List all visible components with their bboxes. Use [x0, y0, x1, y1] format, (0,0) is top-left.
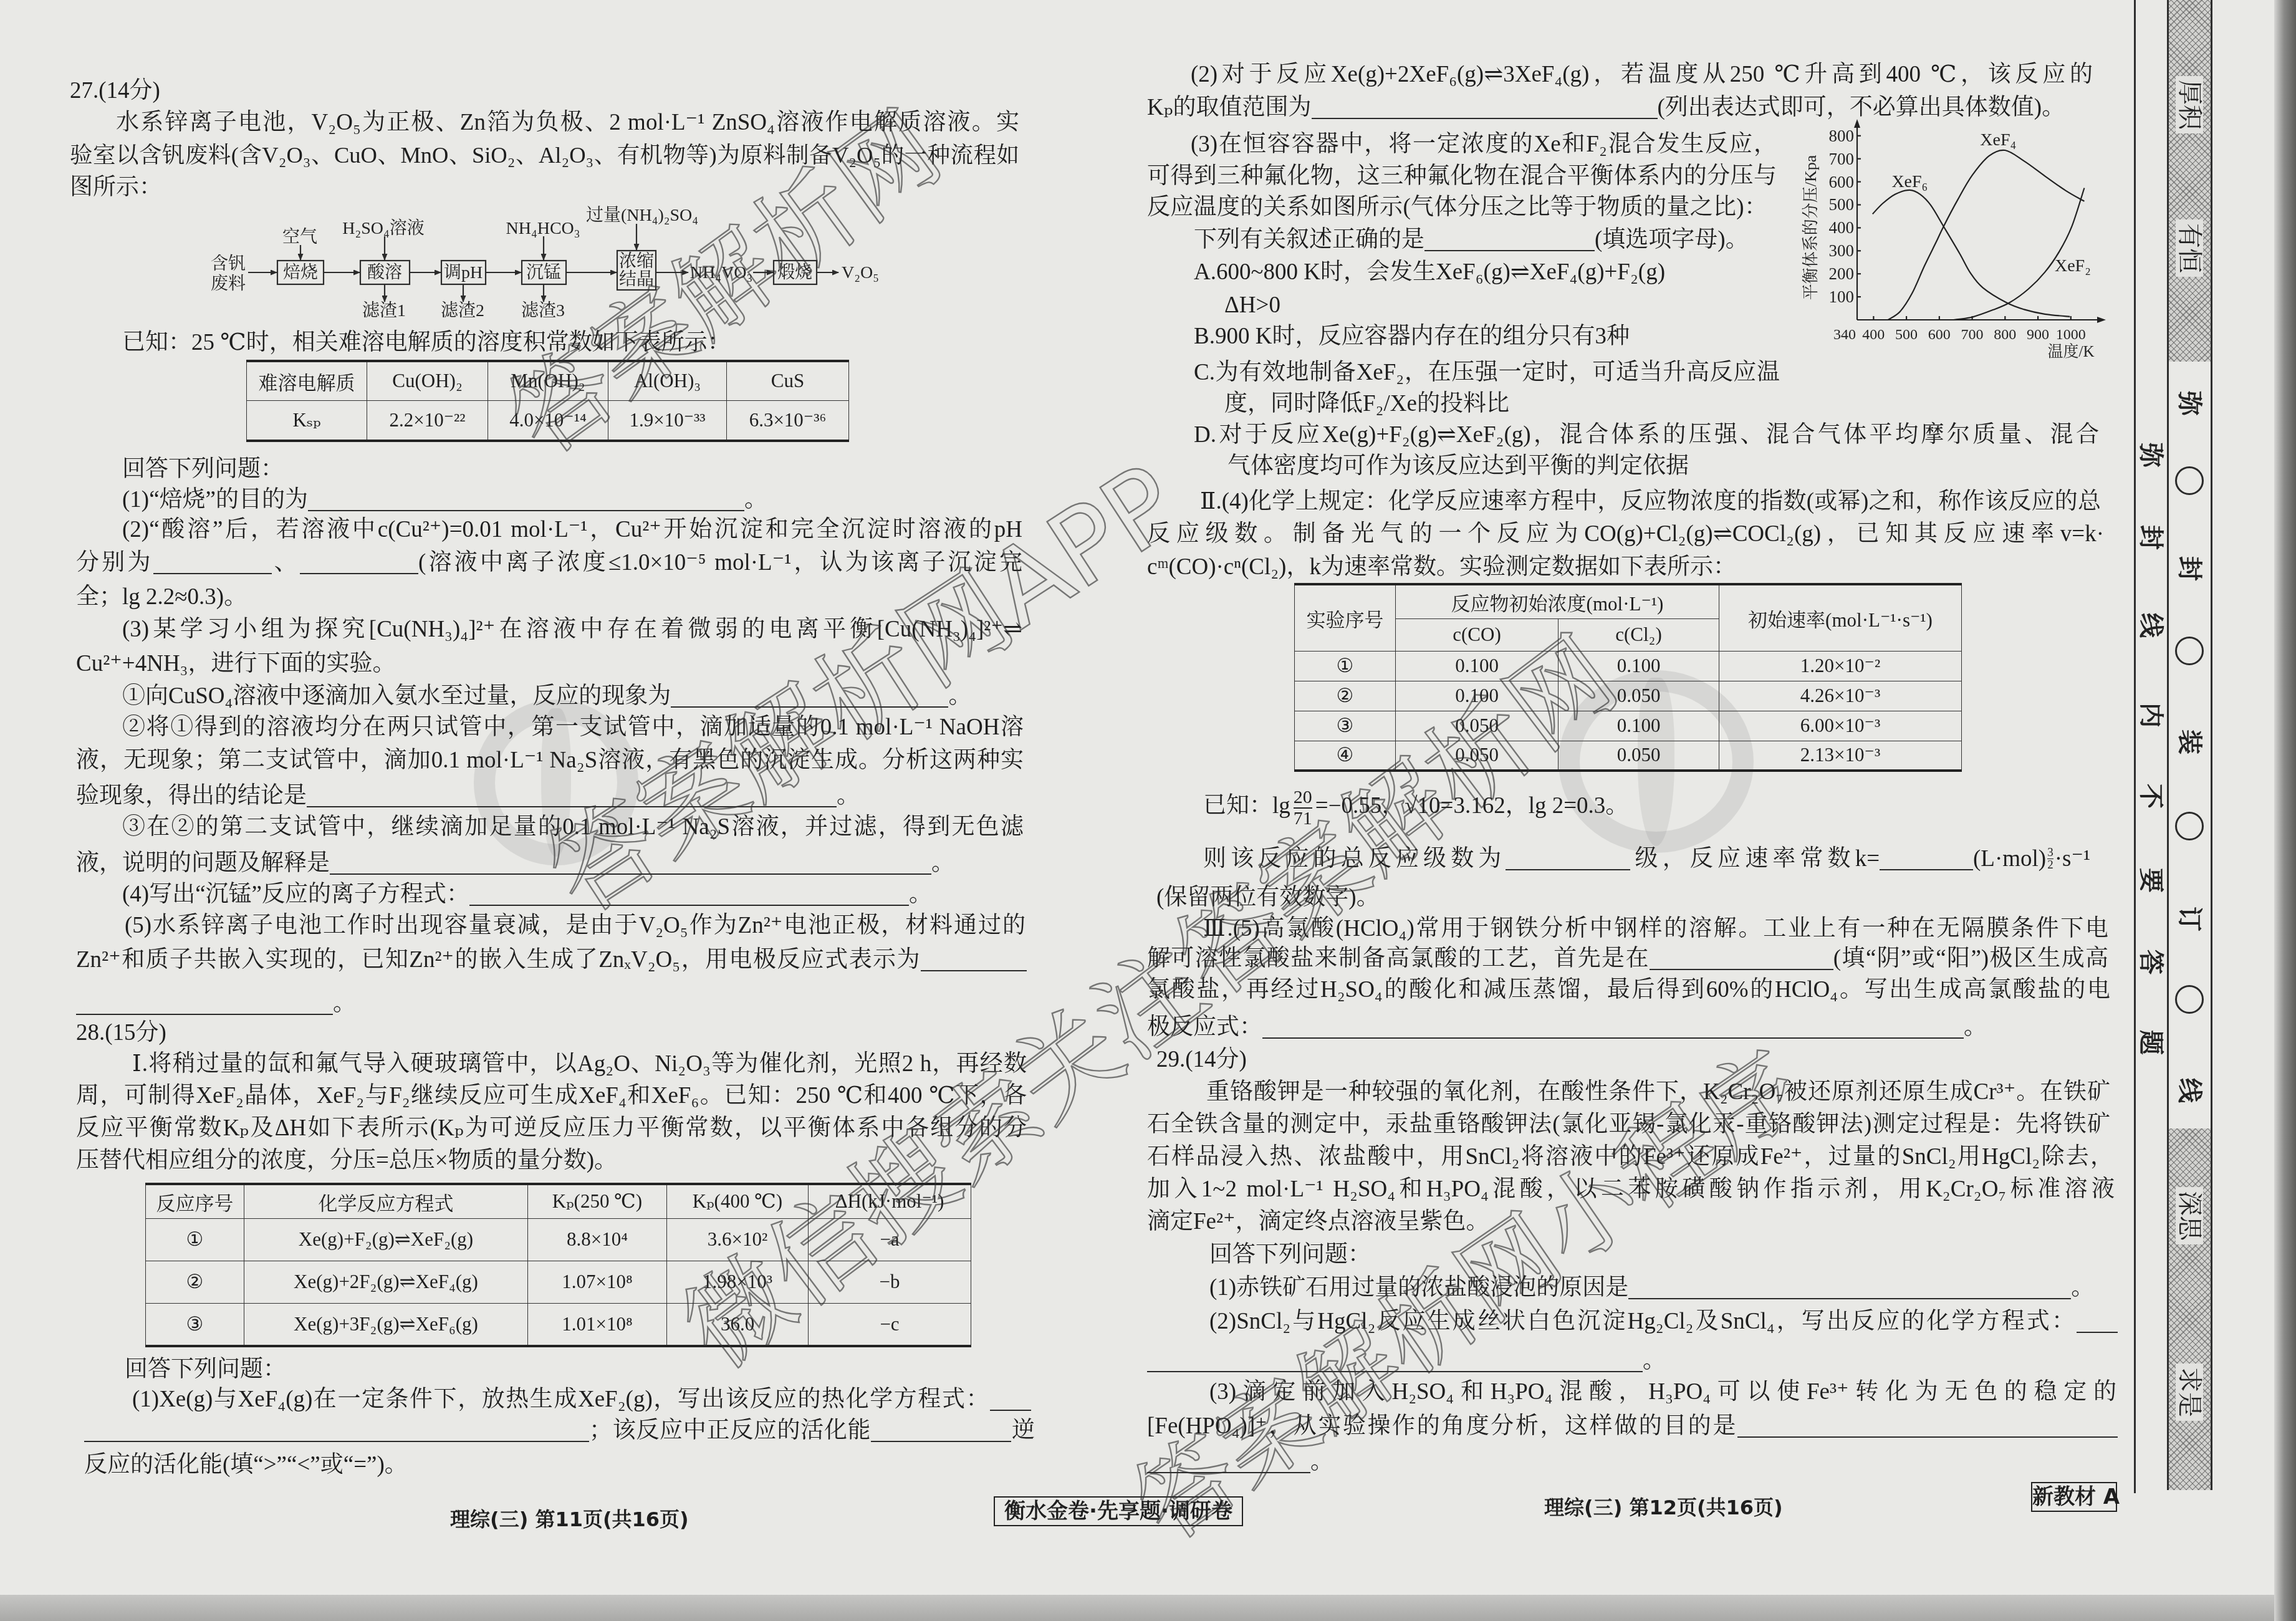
margin-rule: [2211, 0, 2212, 1490]
residue-label: 滤渣1: [362, 301, 406, 320]
q29-intro-line: 滴定Fe²⁺，滴定终点溶液呈紫色。: [1147, 1206, 1489, 1238]
table-header: 实验序号: [1295, 584, 1396, 651]
page-footer-left: 理综(三) 第11页(共16页): [450, 1506, 689, 1533]
step-label: 焙烧: [283, 262, 318, 282]
question-text: 。: [837, 783, 860, 809]
table-cell: 1.01×10⁸: [528, 1303, 667, 1346]
answer-blank: [76, 995, 333, 1015]
question-text: 。: [744, 487, 767, 512]
scan-bottom-edge: [0, 1595, 2296, 1621]
partial-pressure-chart: 1002003004005006007008004005006007008009…: [1795, 118, 2120, 365]
hatched-band-top: [2168, 0, 2211, 362]
answer-blank: [2077, 1313, 2118, 1333]
notice-char: 要: [2137, 868, 2164, 893]
margin-rule: [2134, 0, 2136, 1493]
table-header: CuS: [727, 361, 849, 400]
series-label: XeF₄: [1980, 130, 2016, 150]
question-text: 。: [1964, 1014, 1987, 1040]
x-origin-label: 340: [1833, 327, 1856, 343]
notice-char: 答: [2137, 950, 2164, 974]
question-text: 。: [1643, 1348, 1666, 1373]
question-text: 。: [2071, 1275, 2094, 1301]
motto-text: 有恒: [2176, 219, 2203, 277]
circle-mark: [2175, 812, 2204, 840]
q28-sub4-line: cᵐ(CO)·cⁿ(Cl₂)，k为速率常数。实验测定数据如下表所示：: [1147, 552, 1736, 583]
y-tick-label: 400: [1829, 218, 1855, 237]
step-label: 调pH: [444, 263, 483, 282]
question-text: (列出表达式即可，不必算出具体数值)。: [1658, 95, 2065, 120]
seal-line-char: 订: [2176, 907, 2203, 931]
table-header: 化学反应方程式: [244, 1184, 528, 1218]
option-c: C.为有效地制备XeF₂，在压强一定时，可适当升高反应温: [1194, 357, 1780, 388]
question-text: (1)“焙烧”的目的为: [122, 487, 308, 512]
answer-blank: [1262, 1019, 1964, 1039]
q28-sub4-line: Ⅱ.(4)化学上规定：化学反应速率方程中，反应物浓度的指数(或幂)之和，称作该反…: [1200, 486, 2101, 517]
table-row: ① 0.100 0.100 1.20×10⁻²: [1295, 651, 1962, 681]
option-d: 气体密度均可作为该反应达到平衡的判定依据: [1227, 451, 1689, 482]
motto-text: 求是: [2176, 1364, 2203, 1421]
table-cell: 2.13×10⁻³: [1719, 741, 1962, 771]
table-cell: 6.00×10⁻³: [1719, 711, 1962, 741]
page-footer-right: 理综(三) 第12页(共16页): [1544, 1494, 1783, 1521]
table-cell: Xe(g)+3F₂(g)⇌XeF₆(g): [244, 1303, 528, 1346]
unit-text: (L·mol): [1973, 846, 2046, 872]
answer-blank: [1628, 1279, 2071, 1299]
answer-blank: [921, 951, 1027, 971]
question-text: 。: [333, 991, 356, 1016]
answer-prompt: 回答下列问题：: [1209, 1239, 1371, 1271]
q27-sub4: (4)写出“沉锰”反应的离子方程式：。: [122, 879, 932, 910]
q27-sub5-line: Zn²⁺和质子共嵌入实现的，已知Zn²⁺的嵌入生成了ZnₓV₂O₅，用电极反应式…: [76, 945, 1027, 976]
reagent-label: 过量(NH₄)₂SO₄: [586, 205, 698, 225]
q27-sub5-line: (5)水系锌离子电池工作时出现容量衰减，是由于V₂O₅作为Zn²⁺电池正极，材料…: [125, 910, 1026, 941]
x-axis-arrow-icon: [2097, 317, 2106, 323]
table-row: ③ Xe(g)+3F₂(g)⇌XeF₆(g) 1.01×10⁸ 36.0 −c: [146, 1303, 971, 1346]
table-cell: Kₛₚ: [247, 400, 367, 441]
q27-intro-line: 图所示：: [70, 172, 162, 203]
table-header: 初始速率(mol·L⁻¹·s⁻¹): [1719, 584, 1962, 651]
question-text: (1)Xe(g)与XeF₄(g)在一定条件下，放热生成XeF₂(g)，写出该反应…: [132, 1387, 990, 1412]
question-text: 。: [909, 882, 932, 907]
residue-label: 滤渣2: [441, 301, 484, 320]
seal-line-char: 装: [2176, 729, 2203, 754]
table-cell: 2.2×10⁻²²: [367, 400, 488, 441]
answer-blank: [871, 1422, 1011, 1442]
q28-sub5-line: 氯酸盐，再经过H₂SO₄的酸化和减压蒸馏，最后得到60%的HClO₄。写出生成高…: [1147, 974, 2110, 1006]
x-tick-label: 600: [1928, 327, 1951, 343]
answer-blank: [1312, 99, 1658, 119]
x-tick-label: 900: [2027, 327, 2049, 343]
question-text: Zn²⁺和质子共嵌入实现的，已知Zn²⁺的嵌入生成了ZnₓV₂O₅，用电极反应式…: [76, 947, 921, 973]
table-header-row: 实验序号 反应物初始浓度(mol·L⁻¹) 初始速率(mol·L⁻¹·s⁻¹): [1295, 584, 1962, 618]
answer-blank: [1650, 950, 1833, 970]
step-label: 酸溶: [367, 262, 402, 282]
answer-blank: [84, 1422, 589, 1442]
question-text: (填选项字母)。: [1595, 227, 1749, 253]
series-label: XeF₆: [1891, 172, 1928, 191]
question-text: 液，说明的问题及解释是: [76, 850, 330, 876]
question-text: 下列有关叙述正确的是: [1194, 227, 1424, 253]
hatched-band-bottom: [2168, 1128, 2211, 1490]
circle-mark: [2175, 466, 2204, 495]
y-tick-label: 700: [1829, 150, 1855, 168]
residue-label: 滤渣3: [521, 301, 565, 320]
q28-title: 28.(15分): [76, 1017, 166, 1049]
table-cell: 1.20×10⁻²: [1719, 651, 1962, 681]
y-axis-title: 平衡体系的分压/Kpa: [1802, 155, 1820, 300]
fraction-numerator: 20: [1294, 787, 1312, 809]
x-tick-label: 800: [1994, 327, 2016, 343]
exam-paper-scan: 27.(14分) 水系锌离子电池，V₂O₅为正极、Zn箔为负极、2 mol·L⁻…: [0, 0, 2296, 1621]
notice-char: 弥: [2137, 443, 2164, 468]
seal-line-char: 线: [2176, 1078, 2203, 1103]
y-tick-label: 300: [1829, 241, 1855, 260]
unit-text: ·s⁻¹: [2055, 846, 2090, 872]
q27-sub2-line: (2)“酸溶”后，若溶液中c(Cu²⁺)=0.01 mol·L⁻¹，Cu²⁺开始…: [122, 514, 1022, 546]
circle-mark: [2175, 637, 2204, 665]
question-text: ；该反应中正反应的活化能: [589, 1418, 871, 1443]
x-tick-label: 400: [1862, 327, 1885, 343]
table-cell: ①: [146, 1218, 244, 1261]
answer-blank: [1880, 850, 1973, 870]
answer-blank: [300, 554, 418, 574]
notice-char: 内: [2137, 703, 2164, 728]
table-cell: Xe(g)+F₂(g)⇌XeF₂(g): [244, 1218, 528, 1261]
option-b: B.900 K时，反应容器内存在的组分只有3种: [1194, 321, 1630, 352]
question-text: 。: [931, 850, 954, 876]
answer-blank: [1737, 1418, 2118, 1438]
reagent-label: H₂SO₄溶液: [342, 218, 425, 238]
option-a: ΔH>0: [1224, 290, 1280, 321]
q29-sub1: (1)赤铁矿石用过量的浓盐酸浸泡的原因是。: [1209, 1272, 2094, 1304]
raw-material-label: 含钒: [211, 254, 246, 274]
y-axis-arrow-icon: [1854, 119, 1860, 128]
y-tick-label: 100: [1829, 287, 1855, 306]
y-tick-label: 500: [1829, 195, 1855, 214]
exponent-denominator: 2: [2047, 859, 2053, 871]
q27-title: 27.(14分): [70, 75, 160, 107]
reagent-label: NH₄HCO₃: [506, 219, 580, 238]
q27-sub3-line: Cu²⁺+4NH₃，进行下面的实验。: [76, 648, 396, 680]
margin-rule: [2167, 0, 2169, 1490]
series-curve: [1873, 190, 2070, 317]
table-cell: ②: [146, 1261, 244, 1303]
edition-badge: 新教材 A: [2031, 1482, 2117, 1512]
answer-blank: [308, 491, 744, 511]
y-tick-label: 600: [1829, 173, 1855, 191]
question-text: 已知：lg: [1203, 793, 1290, 819]
table-cell: 1.07×10⁸: [528, 1261, 667, 1303]
question-text: 、: [272, 550, 300, 575]
y-tick-label: 200: [1829, 264, 1855, 283]
q28-sub3-line: 可得到三种氟化物，这三种氟化物在混合平衡体系内的分压与: [1147, 161, 1777, 192]
q27-sub1: (1)“焙烧”的目的为。: [122, 484, 767, 516]
question-text: (填“阴”或“阳”)极区生成高: [1833, 946, 2108, 971]
answer-prompt: 回答下列问题：: [122, 454, 284, 485]
table-cell: ①: [1295, 651, 1396, 681]
step-label: 沉锰: [526, 262, 561, 282]
q28-sub3-line: (3)在恒容容器中，将一定浓度的Xe和F₂混合发生反应，: [1191, 129, 1777, 160]
series-label: XeF₂: [2055, 256, 2091, 276]
seal-line-char: 封: [2176, 556, 2203, 581]
q27-sub5-line: 。: [76, 988, 356, 1019]
question-text: Kₚ的取值范围为: [1147, 95, 1312, 120]
table-header: Kₚ(250 ℃): [528, 1184, 667, 1218]
q28-sub1-line: 反应的活化能(填“>”“<”或“=”)。: [84, 1450, 408, 1481]
notice-char: 线: [2137, 613, 2164, 638]
table-header: 反应序号: [146, 1184, 244, 1218]
table-cell: 4.26×10⁻³: [1719, 681, 1962, 711]
q28-sub2-line: (2)对于反应Xe(g)+2XeF₆(g)⇌3XeF₄(g)，若温度从250 ℃…: [1191, 59, 2093, 90]
motto-text: 厚积: [2176, 76, 2203, 133]
question-text: 分别为: [76, 550, 153, 575]
x-tick-label: 500: [1895, 327, 1918, 343]
answer-prompt: 回答下列问题：: [125, 1354, 286, 1385]
option-d: D.对于反应Xe(g)+F₂(g)⇌XeF₂(g)，混合体系的压强、混合气体平均…: [1194, 420, 2099, 451]
table-header: 难溶电解质: [247, 361, 367, 400]
table-cell: 6.3×10⁻³⁶: [727, 400, 849, 441]
raw-material-label: 废料: [211, 274, 246, 294]
circle-mark: [2175, 985, 2204, 1014]
x-axis-title: 温度/K: [2047, 343, 2094, 360]
table-header: 反应物初始浓度(mol·L⁻¹): [1396, 584, 1719, 618]
answer-blank: [1506, 850, 1630, 870]
table-cell: Xe(g)+2F₂(g)⇌XeF₄(g): [244, 1261, 528, 1303]
table-cell: ③: [1295, 711, 1396, 741]
q28-sub1-line: ；该反应中正反应的活化能逆: [84, 1415, 1035, 1446]
q28-sub4-line: 反应级数。制备光气的一个反应为CO(g)+Cl₂(g)⇌COCl₂(g)，已知其…: [1147, 519, 2104, 550]
table-cell: 8.8×10⁴: [528, 1218, 667, 1261]
notice-char: 不: [2137, 784, 2164, 809]
option-a: A.600~800 K时，会发生XeF₆(g)⇌XeF₄(g)+F₂(g): [1194, 257, 1665, 288]
q28-sub3-line: 下列有关叙述正确的是(填选项字母)。: [1194, 224, 1749, 256]
table-cell: ③: [146, 1303, 244, 1346]
question-text: 级，反应速率常数k=: [1630, 846, 1880, 872]
table-cell: ②: [1295, 681, 1396, 711]
q28-intro-line: 压替代相应组分的浓度，分压=总压×物质的量分数)。: [76, 1145, 617, 1176]
answer-blank: [1424, 231, 1595, 251]
unit-exponent: 32: [2047, 847, 2053, 871]
series-curve: [1954, 188, 2085, 320]
answer-blank: [990, 1391, 1031, 1411]
motto-text: 深思: [2176, 1187, 2203, 1244]
option-c: 度，同时降低F₂/Xe的投料比: [1224, 388, 1509, 420]
q27-sub2-line: 全；lg 2.2≈0.3)。: [76, 582, 247, 613]
question-text: 逆: [1011, 1418, 1035, 1443]
q28-intro-line: Ⅰ.将稍过量的氙和氟气导入硬玻璃管中，以Ag₂O、Ni₂O₃等为催化剂，光照2 …: [132, 1049, 1027, 1080]
question-text: 验现象，得出的结论是: [76, 783, 307, 809]
y-tick-label: 800: [1829, 127, 1855, 145]
question-text: ①向CuSO₄溶液中逐滴加入氨水至过量，反应的现象为: [122, 683, 671, 709]
q28-sub1-line: (1)Xe(g)与XeF₄(g)在一定条件下，放热生成XeF₂(g)，写出该反应…: [132, 1384, 1031, 1415]
table-header: Cu(OH)₂: [367, 361, 488, 400]
q27-sub2-line: 分别为、(溶液中离子浓度≤1.0×10⁻⁵ mol·L⁻¹，认为该离子沉淀完: [76, 547, 1022, 579]
reagent-label: 空气: [282, 227, 317, 247]
q28-intro-line: 周，可制得XeF₂晶体，XeF₂与F₂继续反应可生成XeF₄和XeF₆。已知：2…: [76, 1080, 1027, 1112]
q28-sub5-line: 极反应式：。: [1147, 1012, 1987, 1043]
seal-line-char: 弥: [2176, 391, 2203, 416]
scan-right-edge: [2274, 0, 2296, 1621]
notice-char: 封: [2137, 525, 2164, 550]
answer-blank: [153, 554, 272, 574]
q28-sub3-line: 反应温度的关系如图所示(气体分压之比等于物质的量之比)：: [1147, 192, 1767, 223]
exponent-numerator: 3: [2047, 847, 2053, 859]
answer-blank: [469, 886, 909, 906]
x-tick-label: 700: [1961, 327, 1984, 343]
q27-sub3-part3: 液，说明的问题及解释是。: [76, 848, 954, 879]
notice-char: 题: [2137, 1030, 2164, 1055]
question-text: (4)写出“沉锰”反应的离子方程式：: [122, 882, 469, 907]
x-tick-label: 1000: [2056, 327, 2086, 343]
